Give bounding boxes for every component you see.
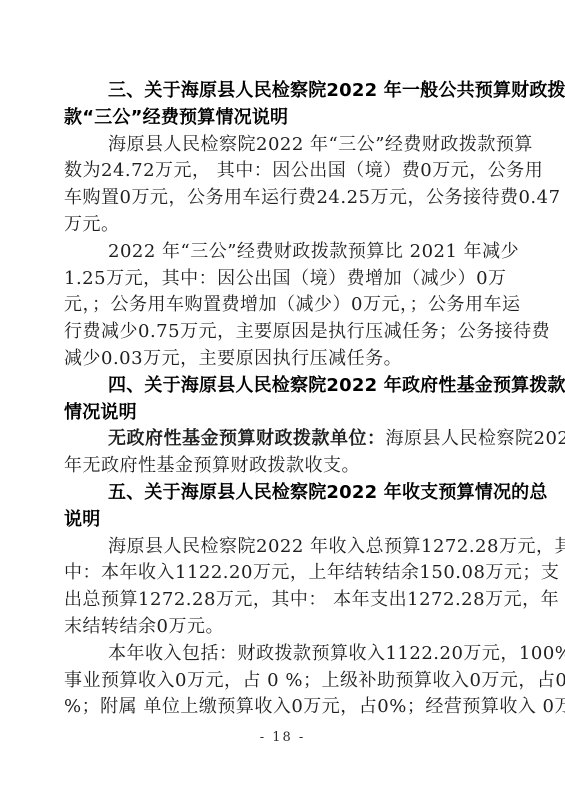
body-line: 海原县人民检察院2022 年收入总预算1272.28万元，其	[64, 534, 504, 561]
text-run: 年无政府性基金预算财政拨款收支。	[64, 455, 360, 476]
body-line: %；附属 单位上缴预算收入0万元，占0%；经营预算收入 0万	[64, 694, 504, 721]
text-run: 说明	[64, 509, 100, 530]
body-line: 事业预算收入0万元，占 0 %；上级补助预算收入0万元，占0	[64, 668, 504, 695]
body-line: 无政府性基金预算财政拨款单位：海原县人民检察院2022	[64, 426, 504, 453]
text-run: 行费减少0.75万元，主要原因是执行压减任务；公务接待费	[64, 321, 550, 342]
body-line: 万元。	[64, 212, 504, 239]
text-run: 无政府性基金预算财政拨款单位：	[108, 428, 386, 449]
body-line: 数为24.72万元， 其中：因公出国（境）费0万元，公务用	[64, 158, 504, 185]
heading-line: 三、关于海原县人民检察院2022 年一般公共预算财政拨	[64, 78, 504, 105]
text-run: 本年收入包括：财政拨款预算收入1122.20万元，100%；	[108, 643, 565, 664]
text-lines: 三、关于海原县人民检察院2022 年一般公共预算财政拨款“三公”经费预算情况说明…	[64, 78, 504, 721]
text-run: 中：本年收入1122.20万元，上年结转结余150.08万元；支	[64, 562, 559, 583]
body-line: 减少0.03万元，主要原因执行压减任务。	[64, 346, 504, 373]
body-line: 年无政府性基金预算财政拨款收支。	[64, 453, 504, 480]
text-run: 末结转结余0万元。	[64, 616, 224, 637]
text-run: 2022 年“三公”经费财政拨款预算比 2021 年减少	[108, 241, 519, 262]
body-line: 本年收入包括：财政拨款预算收入1122.20万元，100%；	[64, 641, 504, 668]
heading-line: 四、关于海原县人民检察院2022 年政府性基金预算拨款	[64, 373, 504, 400]
text-run: 元，；公务用车购置费增加（减少）0万元，；公务用车运	[64, 294, 520, 315]
text-run: 款“三公”经费预算情况说明	[64, 107, 288, 128]
body-line: 元，；公务用车购置费增加（减少）0万元，；公务用车运	[64, 292, 504, 319]
body-line: 出总预算1272.28万元，其中： 本年支出1272.28万元，年	[64, 587, 504, 614]
text-run: 五、关于海原县人民检察院2022 年收支预算情况的总	[108, 482, 548, 503]
text-run: 四、关于海原县人民检察院2022 年政府性基金预算拨款	[108, 375, 565, 396]
body-line: 1.25万元，其中：因公出国（境）费增加（减少）0万	[64, 266, 504, 293]
text-run: 海原县人民检察院2022 年“三公”经费财政拨款预算	[108, 134, 533, 155]
body-line: 2022 年“三公”经费财政拨款预算比 2021 年减少	[64, 239, 504, 266]
text-run: 情况说明	[64, 402, 137, 423]
document-page: 三、关于海原县人民检察院2022 年一般公共预算财政拨款“三公”经费预算情况说明…	[0, 0, 565, 800]
text-run: 1.25万元，其中：因公出国（境）费增加（减少）0万	[64, 268, 507, 289]
heading-line: 款“三公”经费预算情况说明	[64, 105, 504, 132]
text-run: 数为24.72万元， 其中：因公出国（境）费0万元，公务用	[64, 160, 543, 181]
text-run: 三、关于海原县人民检察院2022 年一般公共预算财政拨	[108, 80, 565, 101]
body-line: 末结转结余0万元。	[64, 614, 504, 641]
body-line: 行费减少0.75万元，主要原因是执行压减任务；公务接待费	[64, 319, 504, 346]
text-run: 减少0.03万元，主要原因执行压减任务。	[64, 348, 402, 369]
text-run: 事业预算收入0万元，占 0 %；上级补助预算收入0万元，占0	[64, 670, 565, 691]
body-line: 海原县人民检察院2022 年“三公”经费财政拨款预算	[64, 132, 504, 159]
text-run: %；附属 单位上缴预算收入0万元，占0%；经营预算收入 0万	[64, 696, 565, 717]
body-line: 中：本年收入1122.20万元，上年结转结余150.08万元；支	[64, 560, 504, 587]
text-run: 海原县人民检察院2022	[386, 428, 565, 449]
heading-line: 情况说明	[64, 400, 504, 427]
heading-line: 五、关于海原县人民检察院2022 年收支预算情况的总	[64, 480, 504, 507]
page-number: - 18 -	[0, 730, 565, 745]
heading-line: 说明	[64, 507, 504, 534]
text-run: 出总预算1272.28万元，其中： 本年支出1272.28万元，年	[64, 589, 559, 610]
body-line: 车购置0万元，公务用车运行费24.25万元，公务接待费0.47	[64, 185, 504, 212]
text-run: 车购置0万元，公务用车运行费24.25万元，公务接待费0.47	[64, 187, 561, 208]
text-run: 万元。	[64, 214, 120, 235]
text-run: 海原县人民检察院2022 年收入总预算1272.28万元，其	[108, 536, 565, 557]
